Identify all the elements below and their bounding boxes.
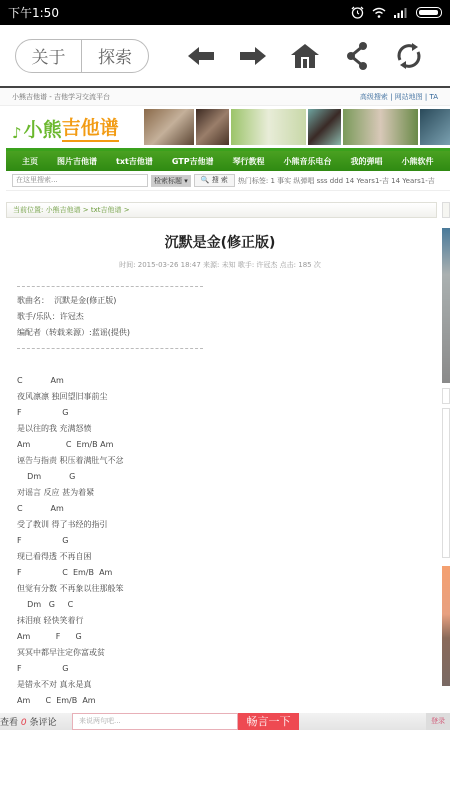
nav-item-txt-tabs[interactable]: txt吉他谱	[116, 156, 153, 167]
article: 沉默是金(修正版) 时间: 2015-03-26 18:47 来源: 未知 歌手…	[0, 218, 440, 710]
hot-tags[interactable]: 热门标签: 1 事实 纵弹唱 sss ddd 14 Years1-吉 14 Ye…	[238, 176, 435, 186]
article-title: 沉默是金(修正版)	[0, 232, 440, 252]
back-arrow-icon	[188, 47, 214, 65]
status-bar: 下午1:50	[0, 0, 450, 25]
sidebar-list	[442, 408, 450, 558]
forward-arrow-icon	[240, 47, 266, 65]
chord-line: Am F G	[17, 629, 440, 645]
share-button[interactable]	[342, 41, 372, 71]
lyric-line: 夜风凛凛 独回望旧事前尘	[17, 389, 440, 405]
divider	[17, 286, 203, 287]
search-input[interactable]: 在这里搜索...	[12, 174, 148, 187]
search-type-select[interactable]: 检索标题 ▾	[151, 175, 191, 187]
search-row: 在这里搜索... 检索标题 ▾ 🔍 搜 索 热门标签: 1 事实 纵弹唱 sss…	[6, 171, 450, 191]
nav-item-tutorials[interactable]: 琴行教程	[233, 156, 265, 167]
webpage: 小熊吉他谱 - 吉他学习交流平台 高级搜索 | 网站地图 | TA ♪ 小熊 吉…	[0, 88, 450, 710]
nav-item-software[interactable]: 小熊软件	[402, 156, 434, 167]
sidebar-image[interactable]	[442, 228, 450, 383]
song-name: 歌曲名： 沉默是金(修正版)	[17, 293, 440, 309]
chord-line: Dm G	[17, 469, 440, 485]
about-button[interactable]: 关于	[16, 40, 82, 72]
nav-item-gtp-tabs[interactable]: GTP吉他谱	[172, 156, 214, 167]
home-button[interactable]	[290, 41, 320, 71]
lyric-line: 是错永不对 真永是真	[17, 677, 440, 693]
chord-line: C Am	[17, 501, 440, 517]
lyric-line: 但觉有分数 不再象以往那般笨	[17, 581, 440, 597]
share-icon	[346, 42, 368, 70]
browser-toolbar: 关于 探索	[0, 25, 450, 88]
chord-line: C Am	[17, 373, 440, 389]
site-nav: 主页 图片吉他谱 txt吉他谱 GTP吉他谱 琴行教程 小熊音乐电台 我的弹唱 …	[6, 148, 450, 171]
top-links[interactable]: 高级搜索 | 网站地图 | TA	[360, 92, 438, 102]
forward-button[interactable]	[238, 41, 268, 71]
lyric-line: 对谣言 反应 甚为着紧	[17, 485, 440, 501]
site-banner: ♪ 小熊 吉他谱	[0, 106, 450, 148]
signal-icon	[394, 7, 408, 18]
lyric-line: 任你怎说 安守我本分	[17, 709, 440, 710]
comment-input[interactable]: 来说两句吧...	[72, 713, 238, 730]
alarm-icon	[351, 6, 364, 19]
login-link[interactable]: 登录	[426, 713, 450, 730]
chord-line: F G	[17, 661, 440, 677]
sidebar-box	[442, 388, 450, 404]
tab-lines: C Am 夜风凛凛 独回望旧事前尘 F G 是以往的我 充满怒愤 Am C Em…	[17, 373, 440, 710]
sidebar-ad[interactable]	[442, 566, 450, 686]
explore-button[interactable]: 探索	[82, 40, 148, 72]
nav-item-home[interactable]: 主页	[22, 156, 38, 167]
article-body: 歌曲名： 沉默是金(修正版) 歌手/乐队：许冠杰 编配者（转载来源）:蓝谣(提供…	[0, 286, 440, 710]
home-icon	[290, 43, 320, 69]
comment-bar: 查看 0 条评论 来说两句吧... 畅言一下 登录	[0, 713, 450, 730]
submit-comment-button[interactable]: 畅言一下	[238, 713, 299, 730]
nav-item-my-songs[interactable]: 我的弹唱	[351, 156, 383, 167]
lyric-line: 冥冥中都早注定你富或贫	[17, 645, 440, 661]
nav-item-image-tabs[interactable]: 图片吉他谱	[57, 156, 97, 167]
guitar-icon: ♪	[12, 124, 22, 142]
wifi-icon	[372, 7, 386, 18]
breadcrumb[interactable]: 当前位置: 小熊吉他谱 > txt吉他谱 >	[6, 202, 437, 218]
view-comments-link[interactable]: 查看 0 条评论	[0, 715, 72, 728]
divider	[17, 348, 203, 349]
chord-line: F G	[17, 405, 440, 421]
segmented-control: 关于 探索	[15, 39, 149, 73]
search-button[interactable]: 🔍 搜 索	[194, 174, 235, 187]
song-arranger: 编配者（转载来源）:蓝谣(提供)	[17, 325, 440, 341]
refresh-icon	[395, 42, 423, 70]
lyric-line: 抹泪痕 轻快笑着行	[17, 613, 440, 629]
site-logo[interactable]: ♪ 小熊 吉他谱	[12, 113, 144, 142]
chord-line: Dm G C	[17, 597, 440, 613]
chord-line: Am C Em/B Am	[17, 437, 440, 453]
sidebar-header	[442, 202, 450, 218]
back-button[interactable]	[186, 41, 216, 71]
chord-line: F G	[17, 533, 440, 549]
battery-icon	[416, 7, 442, 18]
chord-line: Am C Em/B Am	[17, 693, 440, 709]
song-artist: 歌手/乐队：许冠杰	[17, 309, 440, 325]
comment-count: 0	[21, 718, 27, 728]
lyric-line: 诬告与指责 积压着满肚气不忿	[17, 453, 440, 469]
banner-photos	[144, 109, 450, 145]
lyric-line: 现已看得透 不再自困	[17, 549, 440, 565]
lyric-line: 是以往的我 充满怒愤	[17, 421, 440, 437]
lyric-line: 受了教训 得了书经的指引	[17, 517, 440, 533]
site-tagline: 小熊吉他谱 - 吉他学习交流平台	[12, 92, 110, 102]
nav-item-radio[interactable]: 小熊音乐电台	[284, 156, 332, 167]
site-topline: 小熊吉他谱 - 吉他学习交流平台 高级搜索 | 网站地图 | TA	[0, 88, 450, 106]
article-meta: 时间: 2015-03-26 18:47 来源: 未知 歌手: 许冠杰 点击: …	[0, 260, 440, 270]
chord-line: F C Em/B Am	[17, 565, 440, 581]
status-time: 下午1:50	[8, 4, 59, 21]
refresh-button[interactable]	[394, 41, 424, 71]
